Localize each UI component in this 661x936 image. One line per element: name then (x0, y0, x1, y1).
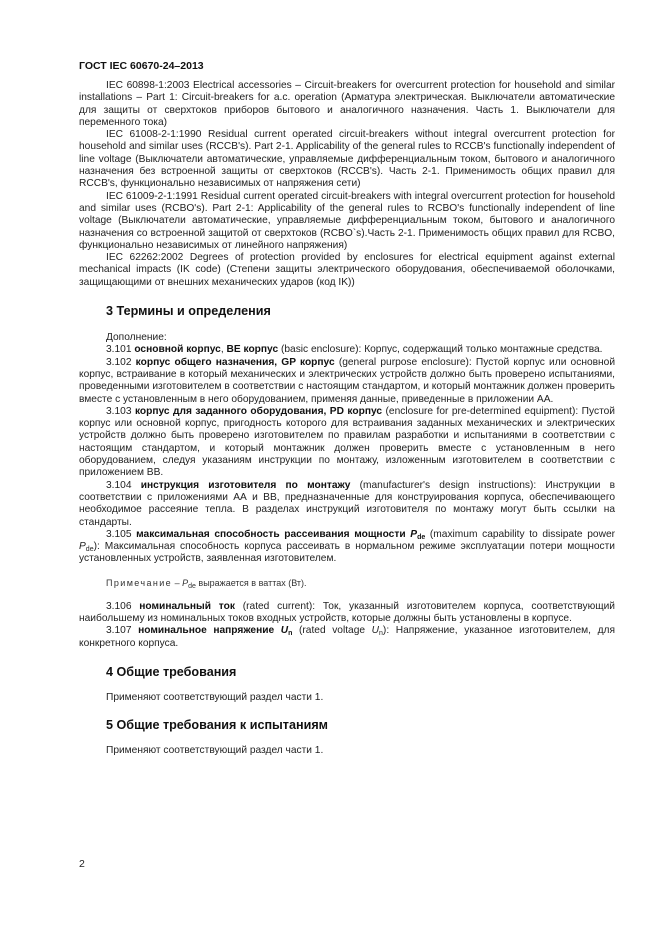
term-name: номинальный ток (139, 601, 235, 612)
term-3-103: 3.103 корпус для заданного оборудования,… (79, 406, 615, 480)
term-number: 3.104 (106, 480, 141, 491)
term-name: BE корпус (227, 344, 279, 355)
term-name: инструкция изготовителя по монтажу (141, 480, 351, 491)
symbol-subscript: de (86, 546, 94, 553)
term-name: основной корпус (134, 344, 221, 355)
symbol: U (372, 625, 379, 636)
page-number: 2 (79, 858, 85, 870)
term-name: номинальное напряжение (138, 625, 281, 636)
reference-code: IEC 62262:2002 (106, 252, 183, 263)
term-3-106: 3.106 номинальный ток (rated current): Т… (79, 601, 615, 626)
section-5-heading: 5 Общие требования к испытаниям (79, 717, 615, 733)
term-3-105: 3.105 максимальная способность рассеиван… (79, 529, 615, 566)
symbol-subscript: de (417, 534, 425, 541)
term-number: 3.101 (106, 344, 134, 355)
term-number: 3.106 (106, 601, 139, 612)
symbol: P (79, 541, 86, 552)
section-4-text: Применяют соответствующий раздел части 1… (79, 692, 615, 704)
note: Примечание – Pde выражается в ваттах (Вт… (79, 577, 615, 589)
term-definition: ): Максимальная способность корпуса расс… (79, 541, 615, 564)
term-3-102: 3.102 корпус общего назначения, GP корпу… (79, 357, 615, 406)
reference-item: IEC 62262:2002 Degrees of protection pro… (79, 252, 615, 289)
section-5-text: Применяют соответствующий раздел части 1… (79, 745, 615, 757)
term-3-104: 3.104 инструкция изготовителя по монтажу… (79, 480, 615, 529)
term-name: корпус для заданного оборудования, PD ко… (135, 406, 382, 417)
reference-item: IEC 61008-2-1:1990 Residual current oper… (79, 129, 615, 190)
term-name: корпус общего назначения, GP корпус (136, 357, 335, 368)
reference-item: IEC 61009-2-1:1991 Residual current oper… (79, 191, 615, 252)
document-page: ГОСТ IEC 60670-24–2013 IEC 60898-1:2003 … (79, 60, 615, 757)
reference-code: IEC 60898-1:2003 (106, 80, 189, 91)
reference-item: IEC 60898-1:2003 Electrical accessories … (79, 80, 615, 129)
term-english: (maximum capability to dissipate power (425, 529, 615, 540)
dash: – (172, 578, 182, 588)
section-4-heading: 4 Общие требования (79, 664, 615, 680)
term-number: 3.103 (106, 406, 135, 417)
note-text: выражается в ваттах (Вт). (196, 578, 307, 588)
symbol-subscript: de (188, 583, 196, 590)
reference-code: IEC 61008-2-1:1990 (106, 129, 201, 140)
term-definition: (basic enclosure): Корпус, содержащий то… (278, 344, 602, 355)
term-number: 3.105 (106, 529, 136, 540)
section-3-intro: Дополнение: (79, 332, 615, 344)
term-number: 3.102 (106, 357, 136, 368)
section-3-heading: 3 Термины и определения (79, 303, 615, 319)
term-number: 3.107 (106, 625, 138, 636)
reference-code: IEC 61009-2-1:1991 (106, 191, 198, 202)
term-3-107: 3.107 номинальное напряжение Un (rated v… (79, 625, 615, 650)
term-name: максимальная способность рассеивания мощ… (136, 529, 410, 540)
term-english: (rated voltage (292, 625, 371, 636)
term-3-101: 3.101 основной корпус, BE корпус (basic … (79, 344, 615, 356)
document-code-header: ГОСТ IEC 60670-24–2013 (79, 60, 615, 73)
note-label: Примечание (106, 578, 172, 588)
